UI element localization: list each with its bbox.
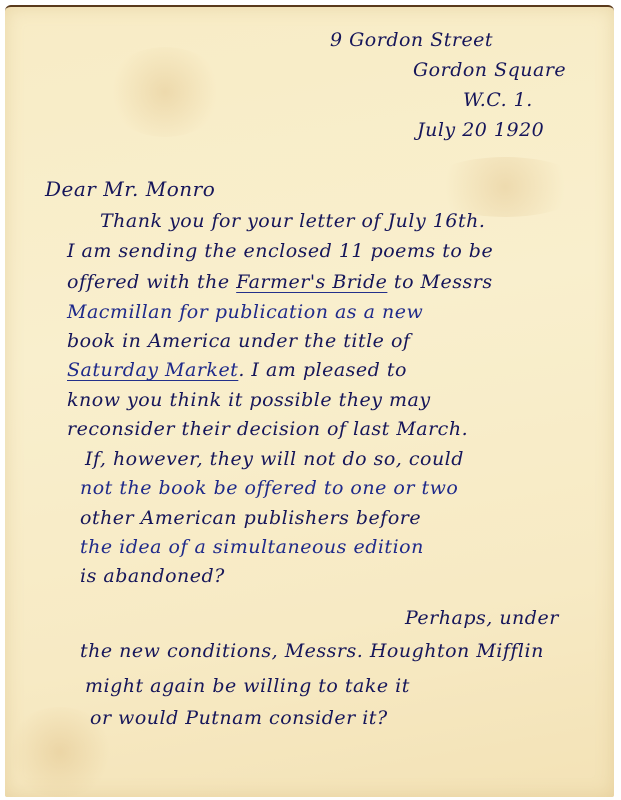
body-line: other American publishers before — [80, 507, 421, 529]
body-line: Saturday Market. I am pleased to — [67, 359, 407, 381]
body-line: the new conditions, Messrs. Houghton Mif… — [80, 640, 544, 662]
body-text: offered with the — [67, 271, 236, 293]
body-line: offered with the Farmer's Bride to Messr… — [67, 271, 493, 293]
body-line: is abandoned? — [80, 565, 225, 587]
address-line-3: W.C. 1. — [463, 89, 533, 111]
book-title-saturday-market: Saturday Market — [67, 359, 238, 381]
book-title-farmers-bride: Farmer's Bride — [236, 271, 387, 293]
letter-page: 9 Gordon Street Gordon Square W.C. 1. Ju… — [5, 5, 614, 797]
body-line: might again be willing to take it — [85, 675, 410, 697]
body-line: If, however, they will not do so, could — [85, 448, 464, 470]
address-line-1: 9 Gordon Street — [330, 29, 493, 51]
body-text: to Messrs — [387, 271, 492, 293]
address-line-2: Gordon Square — [413, 59, 566, 81]
body-line: Thank you for your letter of July 16th. — [100, 210, 485, 232]
body-line: or would Putnam consider it? — [90, 707, 388, 729]
paper-stain — [425, 157, 585, 217]
paper-stain — [105, 47, 225, 137]
body-text: . I am pleased to — [238, 359, 407, 381]
letter-date: July 20 1920 — [417, 119, 544, 141]
body-line: the idea of a simultaneous edition — [80, 536, 424, 558]
salutation: Dear Mr. Monro — [45, 177, 215, 201]
body-line: not the book be offered to one or two — [80, 477, 458, 499]
body-line: know you think it possible they may — [67, 389, 431, 411]
body-line: book in America under the title of — [67, 330, 410, 352]
body-line: reconsider their decision of last March. — [67, 418, 468, 440]
body-line: I am sending the enclosed 11 poems to be — [67, 240, 493, 262]
body-line: Perhaps, under — [405, 607, 559, 629]
body-line: Macmillan for publication as a new — [67, 301, 423, 323]
